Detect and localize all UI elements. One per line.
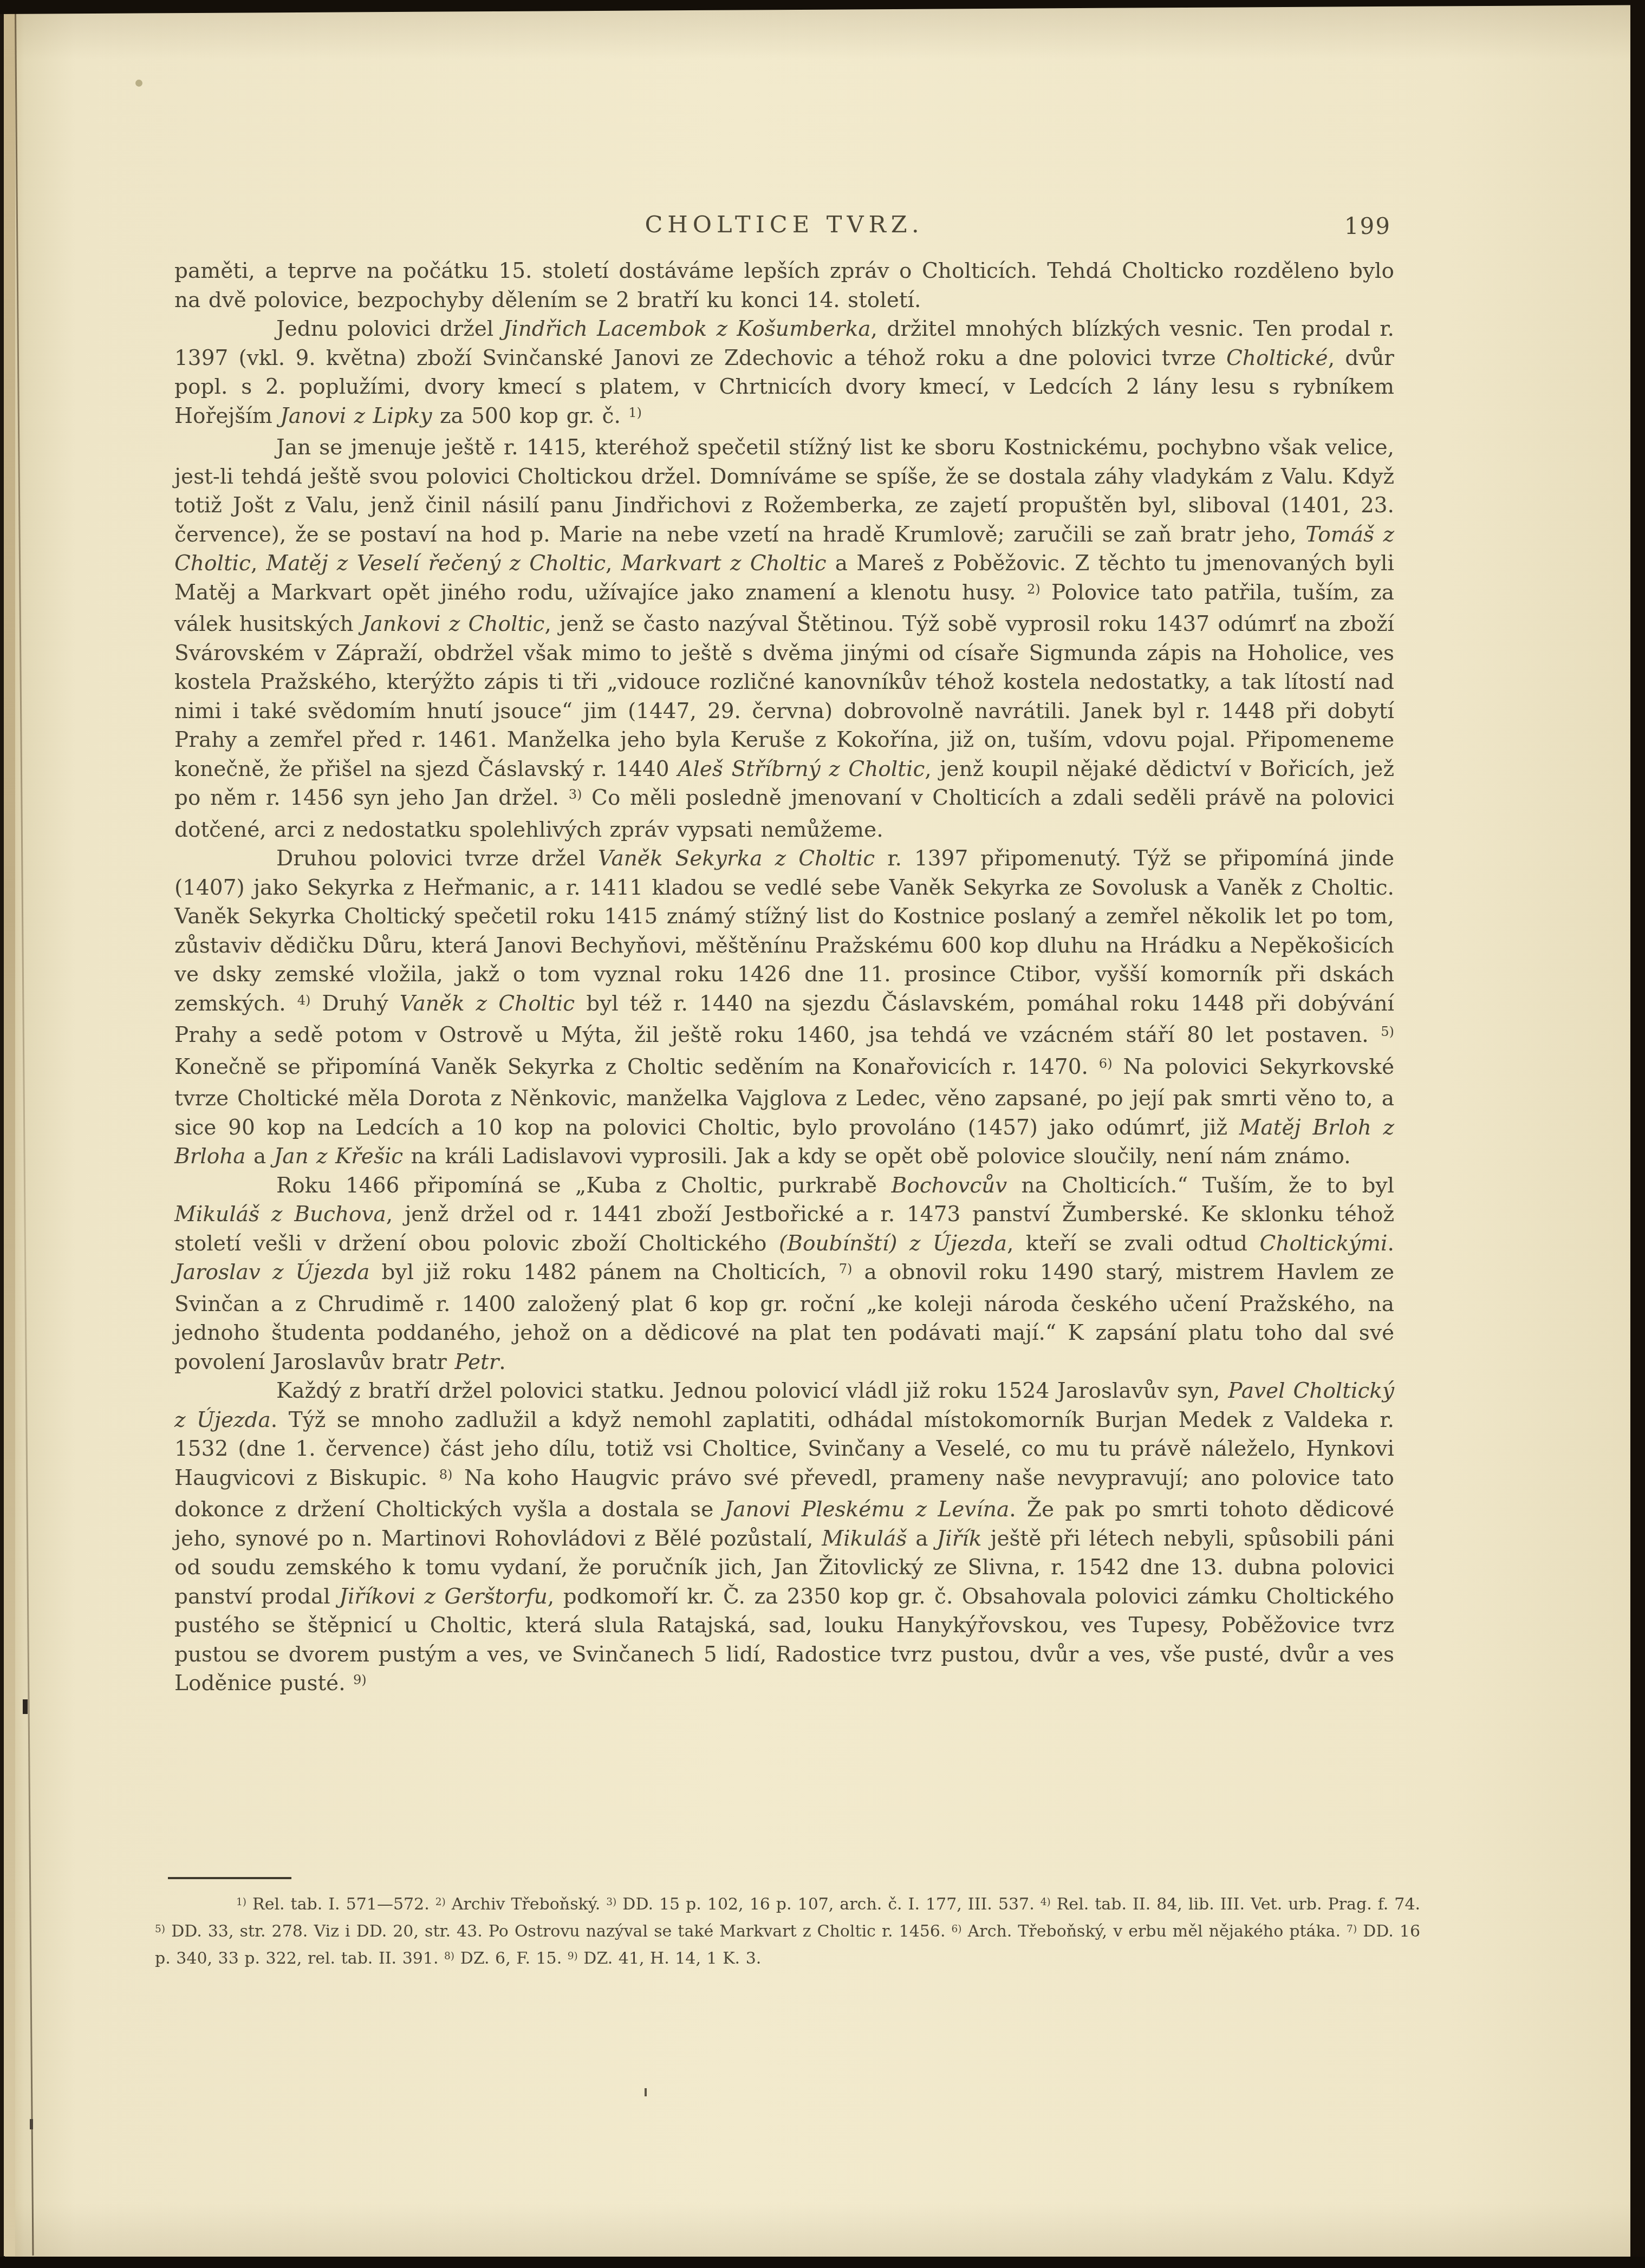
footnote-marker: 8) bbox=[439, 1467, 453, 1482]
text-run: Arch. Třeboňský, v erbu měl nějakého ptá… bbox=[962, 1922, 1347, 1941]
text-run: Každý z bratří držel polovici statku. Je… bbox=[276, 1379, 1228, 1403]
italic-name: (Boubínští) z Újezda bbox=[779, 1231, 1007, 1256]
text-run: DD. 15 p. 102, 16 p. 107, arch. č. I. 17… bbox=[616, 1895, 1040, 1914]
italic-name: Jiříkovi z Gerštorfu bbox=[339, 1585, 548, 1609]
footnote-marker: 2) bbox=[435, 1896, 446, 1908]
footnote-marker: 3) bbox=[569, 787, 582, 802]
footnote-marker: 7) bbox=[1347, 1924, 1357, 1935]
text-run: , kteří se zvali odtud bbox=[1007, 1231, 1260, 1256]
text-run: . bbox=[1388, 1231, 1394, 1256]
paragraph: paměti, a teprve na počátku 15. století … bbox=[174, 257, 1394, 315]
italic-name: Markvart z Choltic bbox=[621, 551, 827, 576]
footnotes: 1) Rel. tab. I. 571—572. 2) Archiv Třebo… bbox=[155, 1892, 1420, 1973]
italic-name: Petr bbox=[454, 1350, 499, 1374]
footnote-marker: 4) bbox=[1041, 1896, 1051, 1908]
footnote-marker: 5) bbox=[155, 1924, 165, 1935]
italic-name: Mikuláš bbox=[822, 1527, 907, 1551]
scan-bottom-border bbox=[0, 2257, 1645, 2268]
text-run: Roku 1466 připomíná se „Kuba z Choltic, … bbox=[276, 1174, 892, 1198]
text-run: DD. 33, str. 278. Viz i DD. 20, str. 43.… bbox=[165, 1922, 951, 1941]
ink-speck bbox=[30, 2119, 33, 2129]
text-run: Rel. tab. II. 84, lib. III. Vet. urb. Pr… bbox=[1051, 1895, 1420, 1914]
paragraph: Druhou polovici tvrze držel Vaněk Sekyrk… bbox=[174, 844, 1394, 1171]
text-run: DZ. 6, F. 15. bbox=[454, 1949, 568, 1968]
paragraph: Jan se jmenuje ještě r. 1415, kteréhož s… bbox=[174, 433, 1394, 844]
footnote-marker: 7) bbox=[839, 1261, 853, 1276]
italic-name: Vaněk z Choltic bbox=[400, 992, 575, 1016]
italic-name: Janovi Pleskému z Levína bbox=[725, 1497, 1010, 1522]
text-run: Archiv Třeboňský. bbox=[446, 1895, 606, 1914]
paragraph: Roku 1466 připomíná se „Kuba z Choltic, … bbox=[174, 1171, 1394, 1377]
footnote-marker: 1) bbox=[236, 1896, 246, 1908]
scanned-book-page: CHOLTICE TVRZ. 199 paměti, a teprve na p… bbox=[0, 0, 1645, 2268]
ink-speck bbox=[135, 80, 142, 87]
scan-top-border bbox=[0, 0, 1645, 14]
text-run: Jan se jmenuje ještě r. 1415, kteréhož s… bbox=[174, 435, 1394, 547]
italic-name: Jankovi z Choltic bbox=[362, 612, 545, 636]
text-run: za 500 kop gr. č. bbox=[432, 404, 629, 428]
italic-name: Jaroslav z Újezda bbox=[174, 1260, 369, 1285]
paragraph: Každý z bratří držel polovici statku. Je… bbox=[174, 1377, 1394, 1701]
footnote-marker: 2) bbox=[1027, 582, 1041, 597]
text-run: , bbox=[251, 551, 266, 576]
text-run: Rel. tab. I. 571—572. bbox=[246, 1895, 435, 1914]
text-run: . bbox=[499, 1350, 505, 1374]
page-crease bbox=[15, 14, 34, 2256]
italic-name: Mikuláš z Buchova bbox=[174, 1202, 386, 1227]
adjacent-page-edge bbox=[4, 12, 15, 2256]
italic-name: Vaněk Sekyrka z Choltic bbox=[598, 846, 875, 871]
text-run: DZ. 41, H. 14, 1 K. 3. bbox=[578, 1949, 761, 1968]
text-run: na králi Ladislavovi vyprosili. Jak a kd… bbox=[403, 1144, 1351, 1169]
footnote-marker: 1) bbox=[628, 405, 642, 420]
text-run: , bbox=[606, 551, 621, 576]
footnote-marker: 5) bbox=[1381, 1024, 1394, 1039]
italic-name: Choltické bbox=[1226, 346, 1328, 370]
text-run: paměti, a teprve na počátku 15. století … bbox=[174, 259, 1394, 312]
italic-name: Aleš Stříbrný z Choltic bbox=[678, 757, 925, 781]
italic-name: Bochovcův bbox=[892, 1174, 1007, 1198]
text-run: na Cholticích.“ Tuším, že to byl bbox=[1007, 1174, 1394, 1198]
footnote-marker: 8) bbox=[444, 1951, 454, 1962]
page-number: 199 bbox=[1344, 213, 1391, 239]
text-run: Konečně se připomíná Vaněk Sekyrka z Cho… bbox=[174, 1055, 1099, 1079]
text-run: , jenž se často nazýval Štětinou. Týž so… bbox=[174, 612, 1394, 781]
paragraph: Jednu polovici držel Jindřich Lacembok z… bbox=[174, 315, 1394, 433]
body-text: paměti, a teprve na počátku 15. století … bbox=[174, 257, 1394, 1701]
scan-right-border bbox=[1630, 0, 1645, 2268]
footnote-marker: 6) bbox=[1099, 1056, 1113, 1071]
ink-speck bbox=[23, 1699, 28, 1714]
italic-name: Janovi z Lipky bbox=[280, 404, 432, 428]
footnote-marker: 3) bbox=[606, 1896, 616, 1908]
text-run: r. 1397 připomenutý. Týž se připomíná ji… bbox=[174, 846, 1394, 1016]
text-run: Jednu polovici držel bbox=[276, 317, 503, 341]
footnote-marker: 9) bbox=[353, 1672, 367, 1687]
text-run: a bbox=[907, 1527, 937, 1551]
italic-name: Matěj z Veselí řečený z Choltic bbox=[266, 551, 606, 576]
footnote-separator-rule bbox=[168, 1877, 291, 1879]
italic-name: Jan z Křešic bbox=[274, 1144, 404, 1169]
italic-name: Choltickými bbox=[1260, 1231, 1388, 1256]
italic-name: Jiřík bbox=[937, 1527, 982, 1551]
running-title: CHOLTICE TVRZ. bbox=[174, 211, 1394, 238]
text-run: Druhý bbox=[311, 992, 400, 1016]
page-header: CHOLTICE TVRZ. 199 bbox=[174, 211, 1394, 246]
footnote-marker: 4) bbox=[297, 993, 311, 1008]
text-run: byl již roku 1482 pánem na Cholticích, bbox=[369, 1260, 838, 1285]
ink-speck bbox=[645, 2088, 647, 2096]
italic-name: Jindřich Lacembok z Košumberka bbox=[503, 317, 871, 341]
text-run: Druhou polovici tvrze držel bbox=[276, 846, 598, 871]
footnote-marker: 6) bbox=[951, 1924, 961, 1935]
footnote-marker: 9) bbox=[568, 1951, 578, 1962]
text-run: a bbox=[246, 1144, 274, 1169]
